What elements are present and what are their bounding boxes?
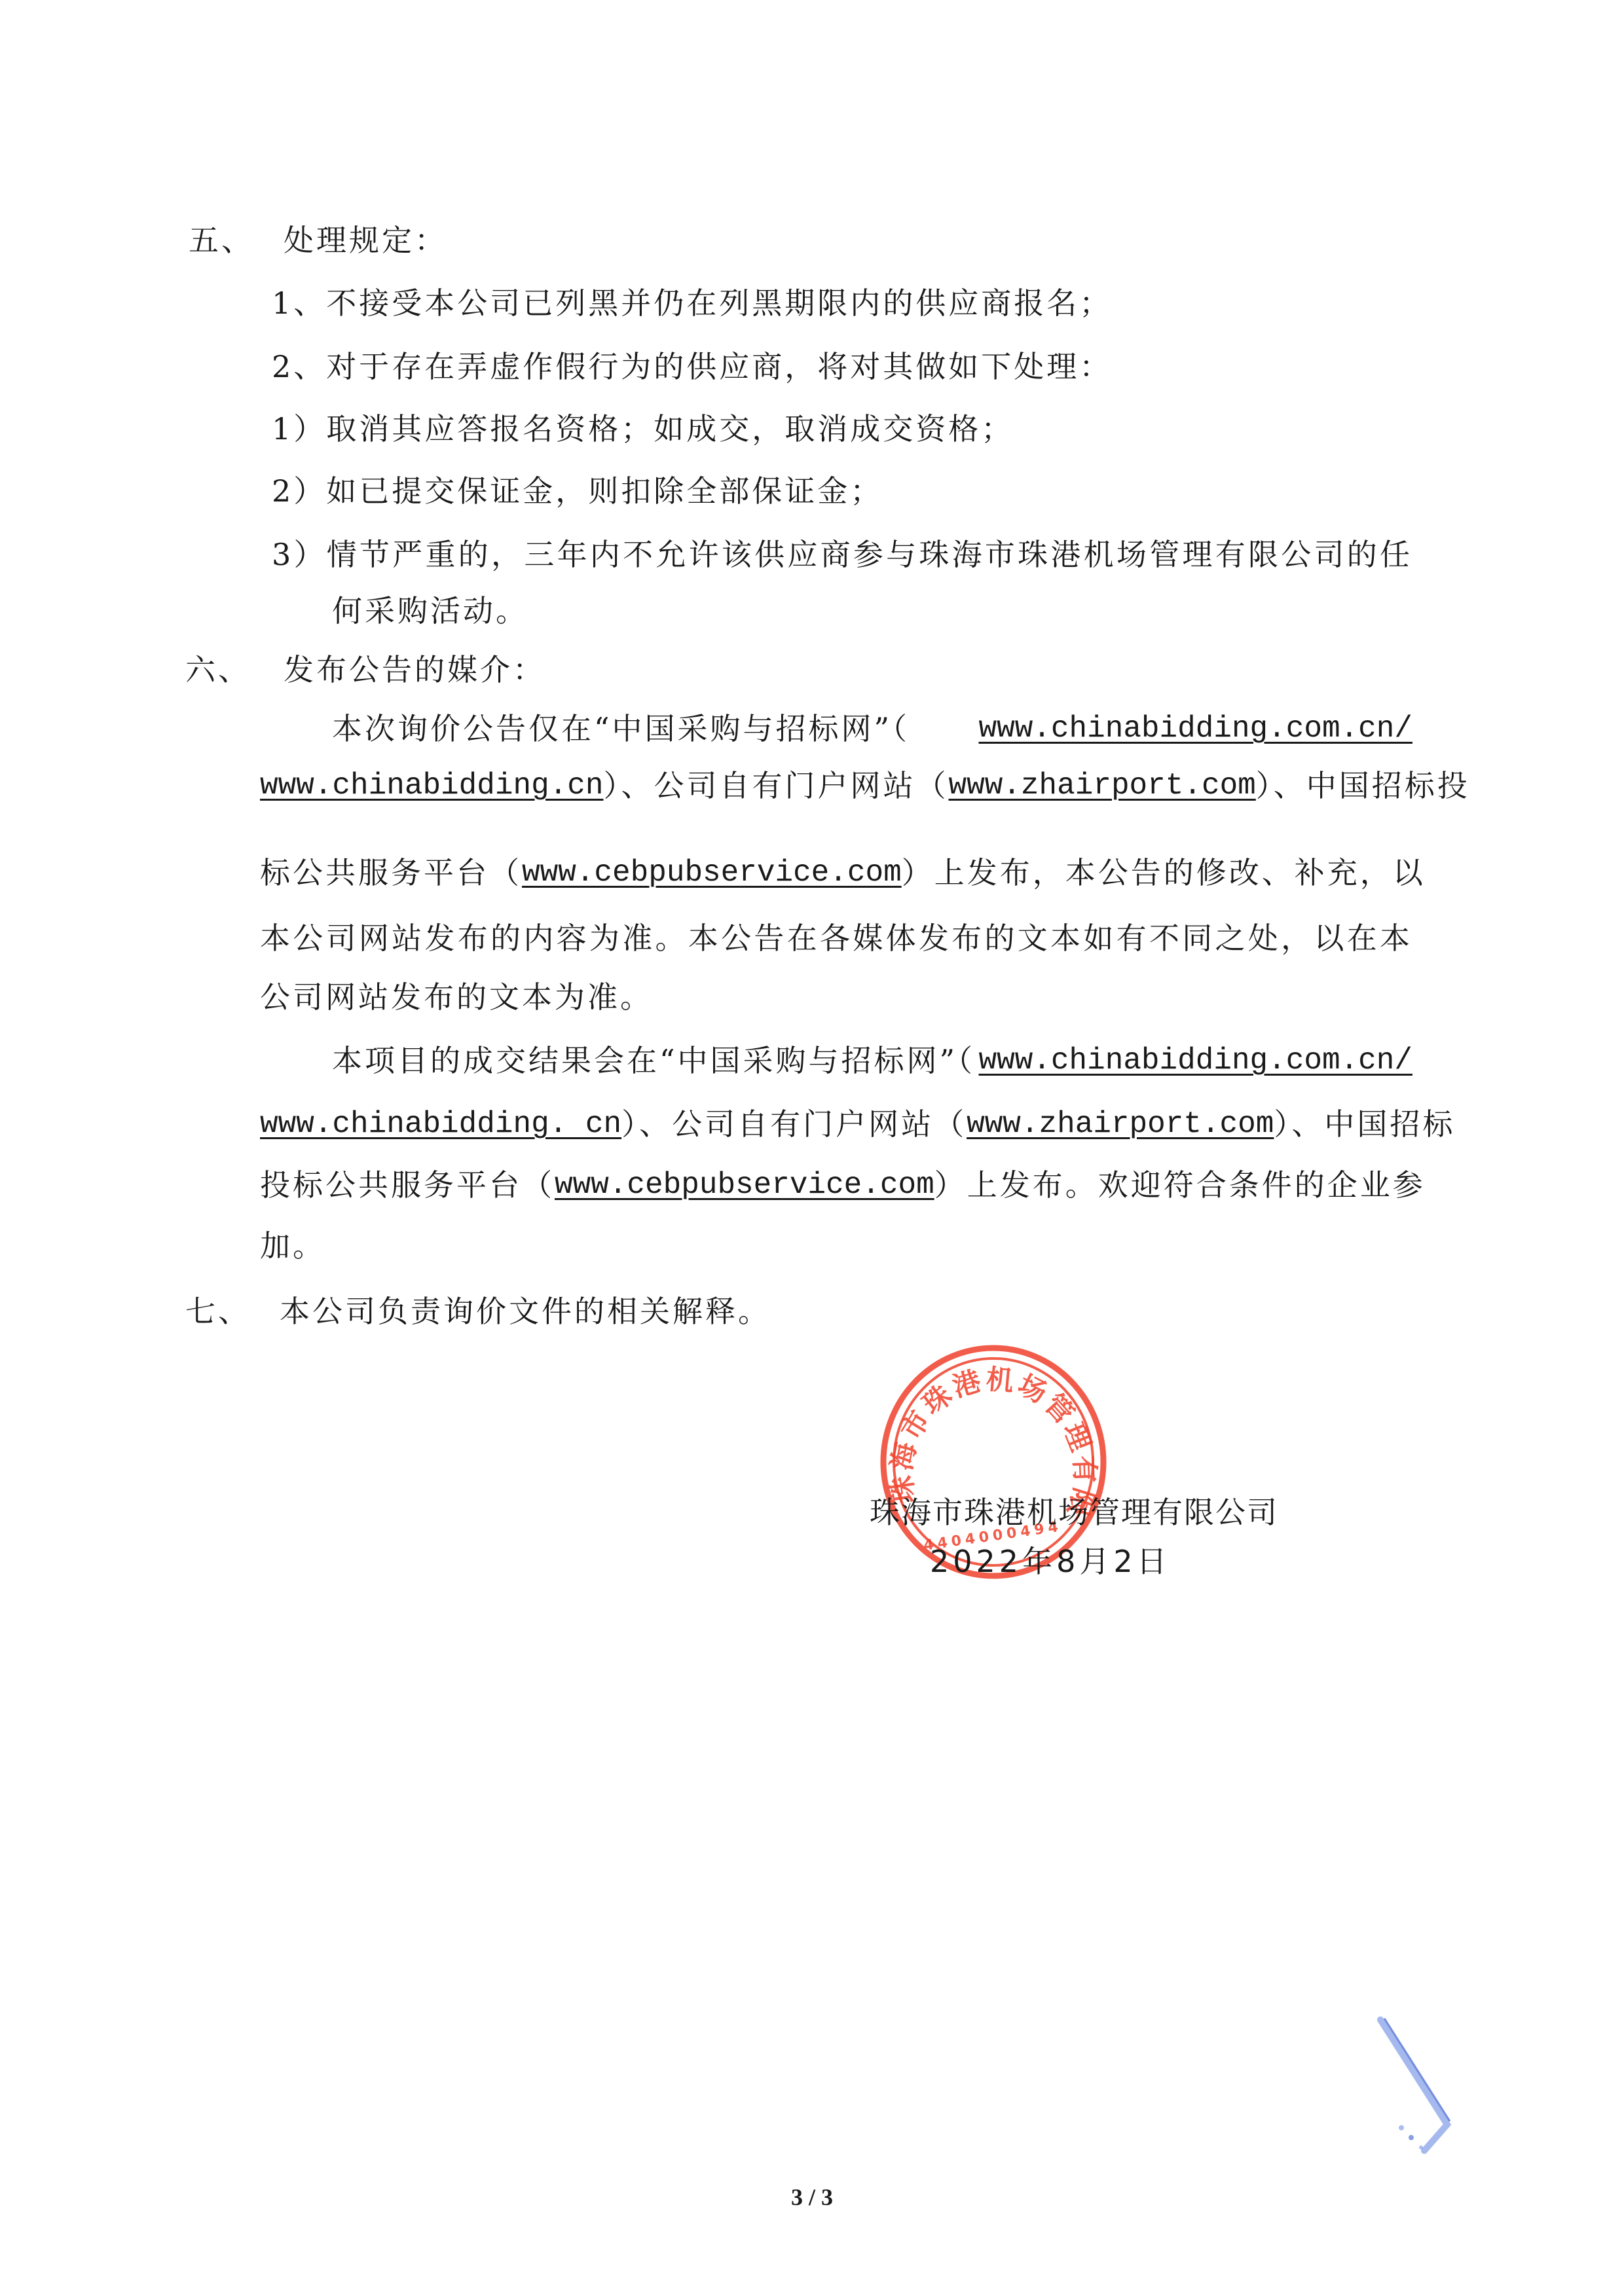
para1-line-1: 本次询价公告仅在“中国采购与招标网”（ www.chinabidding.com… [332, 709, 1412, 748]
chinabidding-cn-link-2[interactable]: www.chinabidding. cn [260, 1104, 621, 1144]
page-number: 3 / 3 [760, 2183, 864, 2211]
section5-item-1: 1、不接受本公司已列黑并仍在列黑期限内的供应商报名； [272, 283, 1112, 323]
para2-line-3-end: ）上发布。欢迎符合条件的企业参 [934, 1165, 1426, 1205]
chinabidding-com-cn-link-2[interactable]: www.chinabidding.com.cn/ [978, 1041, 1412, 1080]
section5-subitem-3-cont: 何采购活动。 [332, 591, 528, 630]
para1-line-4: 本公司网站发布的内容为准。本公告在各媒体发布的文本如有不同之处，以在本 [260, 919, 1412, 958]
signature-date: 2022年8月2日 [930, 1542, 1171, 1581]
para2-line-1-text: 本项目的成交结果会在“中国采购与招标网”（ [332, 1041, 975, 1080]
chinabidding-com-cn-link[interactable]: www.chinabidding.com.cn/ [978, 709, 1412, 748]
para1-line-1-text: 本次询价公告仅在“中国采购与招标网”（ [332, 709, 910, 748]
blue-pen-mark [1375, 2016, 1460, 2160]
section7-text: 本公司负责询价文件的相关解释。 [280, 1292, 771, 1331]
para2-line-1: 本项目的成交结果会在“中国采购与招标网”（ www.chinabidding.c… [332, 1041, 1412, 1080]
section5-item-2: 2、对于存在弄虚作假行为的供应商，将对其做如下处理： [272, 347, 1112, 386]
section5-title: 处理规定： [284, 221, 447, 260]
cebpubservice-link-2[interactable]: www.cebpubservice.com [555, 1165, 934, 1205]
para2-line-4: 加。 [260, 1226, 325, 1266]
para2-line-3-start: 投标公共服务平台（ [260, 1165, 555, 1205]
section6-number: 六、 [185, 650, 251, 689]
para1-line-2-mid: ）、公司自有门户网站（ [604, 766, 949, 805]
section5-subitem-1: 1）取消其应答报名资格；如成交，取消成交资格； [272, 409, 1014, 448]
zhairport-link[interactable]: www.zhairport.com [949, 766, 1256, 805]
para1-line-3-start: 标公共服务平台（ [260, 853, 522, 892]
para1-line-5: 公司网站发布的文本为准。 [260, 977, 653, 1017]
section7-number: 七、 [185, 1292, 251, 1331]
para2-line-2-mid: ）、公司自有门户网站（ [621, 1104, 967, 1144]
chinabidding-cn-link[interactable]: www.chinabidding.cn [260, 766, 604, 805]
para2-line-2-end: ）、中国招标 [1274, 1104, 1455, 1144]
para1-line-3: 标公共服务平台（ www.cebpubservice.com ）上发布，本公告的… [260, 853, 1412, 892]
section5-subitem-2: 2）如已提交保证金，则扣除全部保证金； [272, 471, 883, 511]
signature-company: 珠海市珠港机场管理有限公司 [870, 1493, 1278, 1532]
section5-number: 五、 [189, 221, 254, 260]
para1-line-3-end: ）上发布，本公告的修改、补充，以 [902, 853, 1426, 892]
para1-line-2: www.chinabidding.cn ）、公司自有门户网站（ www.zhai… [260, 766, 1412, 805]
para1-line-2-end: ）、中国招标投 [1256, 766, 1470, 805]
para2-line-3: 投标公共服务平台（ www.cebpubservice.com ）上发布。欢迎符… [260, 1165, 1412, 1205]
para2-line-2: www.chinabidding. cn ）、公司自有门户网站（ www.zha… [260, 1104, 1412, 1144]
section5-subitem-3: 3）情节严重的，三年内不允许该供应商参与珠海市珠港机场管理有限公司的任 [272, 535, 1412, 574]
zhairport-link-2[interactable]: www.zhairport.com [967, 1104, 1274, 1144]
cebpubservice-link[interactable]: www.cebpubservice.com [522, 853, 902, 892]
section6-title: 发布公告的媒介： [284, 650, 545, 689]
